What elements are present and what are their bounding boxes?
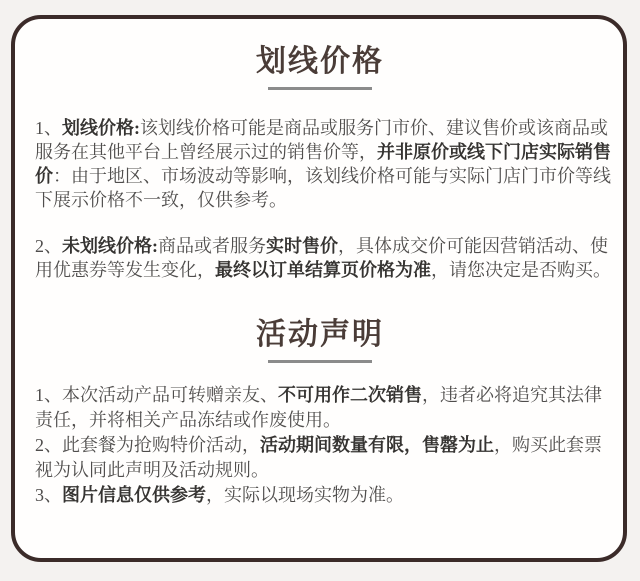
paragraph-unstruck-price-2: 2、未划线价格:商品或者服务实时售价，具体成交价可能因营销活动、使 用优惠券等发… [35, 234, 605, 282]
notice-card: 划线价格 1、划线价格:该划线价格可能是商品或服务门市价、建议售价或该商品或 服… [11, 15, 627, 562]
text-line: 下展示价格不一致，仅供参考。 [35, 188, 605, 212]
notice-content: 划线价格 1、划线价格:该划线价格可能是商品或服务门市价、建议售价或该商品或 服… [15, 19, 623, 508]
text-line: 1、划线价格:该划线价格可能是商品或服务门市价、建议售价或该商品或 [35, 116, 605, 140]
text-line: 1、本次活动产品可转赠亲友、不可用作二次销售，违者必将追究其法律 [35, 383, 605, 408]
text-line: 责任，并将相关产品冻结或作废使用。 [35, 408, 605, 433]
text-line: 2、未划线价格:商品或者服务实时售价，具体成交价可能因营销活动、使 [35, 234, 605, 258]
section-title-strikethrough-price: 划线价格 [35, 45, 605, 78]
text-line: 用优惠券等发生变化，最终以订单结算页价格为准，请您决定是否购买。 [35, 258, 605, 282]
title-underline [268, 360, 372, 363]
statement-item-2: 2、此套餐为抢购特价活动，活动期间数量有限，售罄为止，购买此套票 视为认同此声明… [35, 433, 605, 483]
section-title-activity-statement: 活动声明 [35, 318, 605, 351]
title-underline [268, 87, 372, 90]
statement-item-3: 3、图片信息仅供参考，实际以现场实物为准。 [35, 483, 605, 508]
activity-statement-list: 1、本次活动产品可转赠亲友、不可用作二次销售，违者必将追究其法律 责任，并将相关… [35, 383, 605, 508]
paragraph-strikethrough-price-1: 1、划线价格:该划线价格可能是商品或服务门市价、建议售价或该商品或 服务在其他平… [35, 116, 605, 212]
text-line: 视为认同此声明及活动规则。 [35, 458, 605, 483]
text-line: 2、此套餐为抢购特价活动，活动期间数量有限，售罄为止，购买此套票 [35, 433, 605, 458]
text-line: 3、图片信息仅供参考，实际以现场实物为准。 [35, 483, 605, 508]
text-line: 服务在其他平台上曾经展示过的销售价等，并非原价或线下门店实际销售 [35, 140, 605, 164]
text-line: 价：由于地区、市场波动等影响，该划线价格可能与实际门店门市价等线 [35, 164, 605, 188]
statement-item-1: 1、本次活动产品可转赠亲友、不可用作二次销售，违者必将追究其法律 责任，并将相关… [35, 383, 605, 433]
